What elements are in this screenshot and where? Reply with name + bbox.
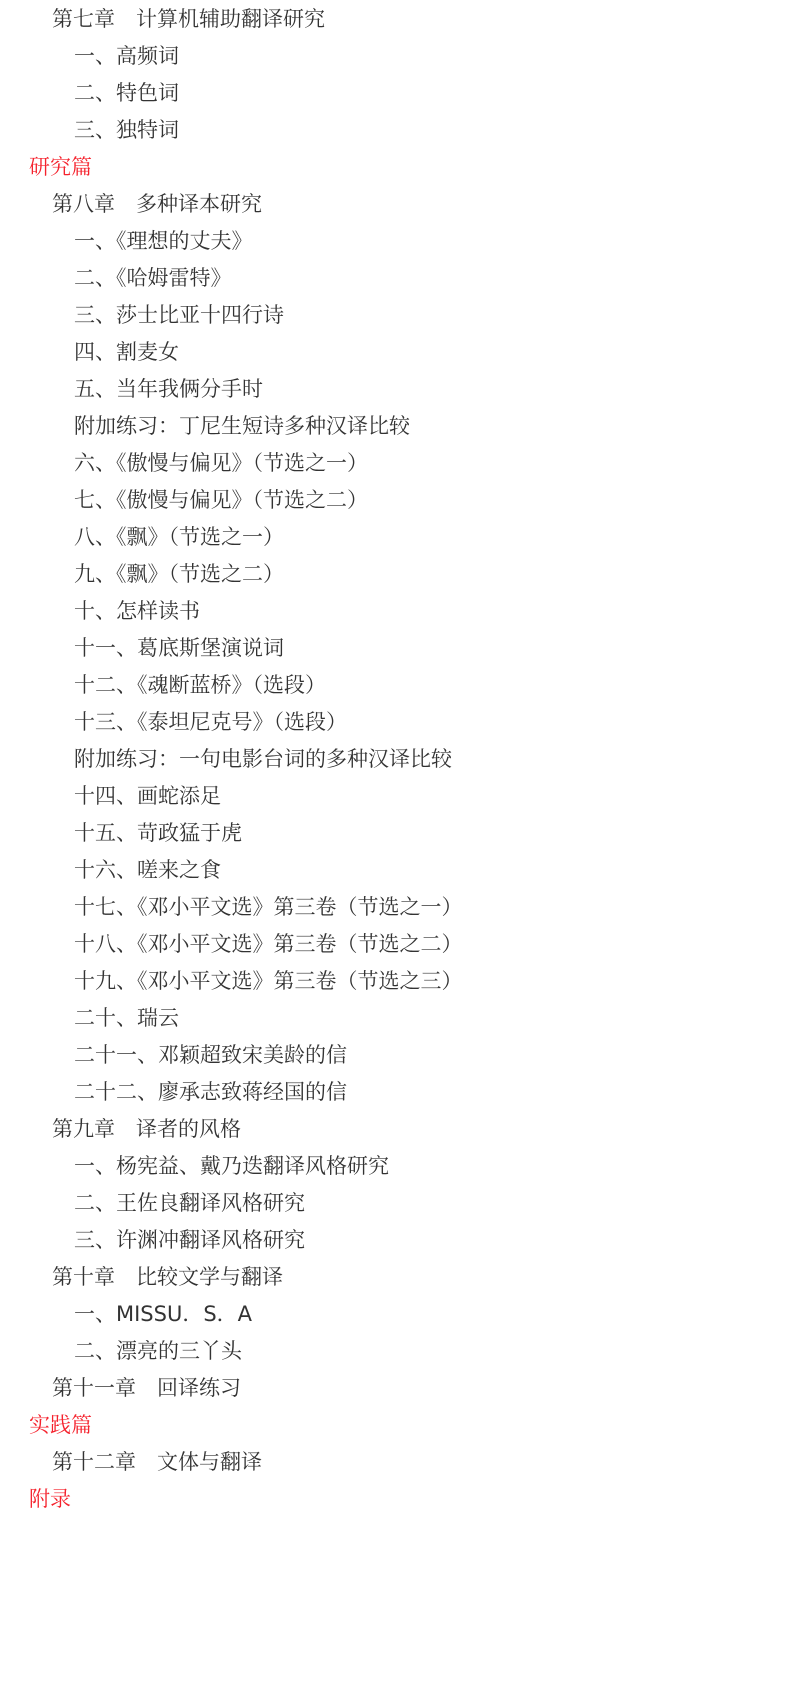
toc-item[interactable]: 一、杨宪益、戴乃迭翻译风格研究: [0, 1148, 790, 1185]
toc-item[interactable]: 十三、《泰坦尼克号》（选段）: [0, 704, 790, 741]
toc-item[interactable]: 附加练习：丁尼生短诗多种汉译比较: [0, 408, 790, 445]
toc-item[interactable]: 十四、画蛇添足: [0, 778, 790, 815]
toc-item[interactable]: 二、《哈姆雷特》: [0, 260, 790, 297]
toc-part-heading[interactable]: 实践篇: [0, 1407, 790, 1444]
toc-item[interactable]: 二、漂亮的三丫头: [0, 1333, 790, 1370]
toc-item[interactable]: 九、《飘》（节选之二）: [0, 556, 790, 593]
toc-item[interactable]: 五、当年我俩分手时: [0, 371, 790, 408]
toc-item[interactable]: 四、割麦女: [0, 334, 790, 371]
toc-chapter[interactable]: 第十章 比较文学与翻译: [0, 1259, 790, 1296]
toc-part-heading[interactable]: 研究篇: [0, 149, 790, 186]
toc-chapter[interactable]: 第十一章 回译练习: [0, 1370, 790, 1407]
toc-item[interactable]: 十八、《邓小平文选》第三卷（节选之二）: [0, 926, 790, 963]
toc-item[interactable]: 二十一、邓颖超致宋美龄的信: [0, 1037, 790, 1074]
toc-item[interactable]: 十九、《邓小平文选》第三卷（节选之三）: [0, 963, 790, 1000]
toc-chapter[interactable]: 第九章 译者的风格: [0, 1111, 790, 1148]
toc-chapter[interactable]: 第七章 计算机辅助翻译研究: [0, 1, 790, 38]
toc-item[interactable]: 二、特色词: [0, 75, 790, 112]
toc-item[interactable]: 十七、《邓小平文选》第三卷（节选之一）: [0, 889, 790, 926]
table-of-contents: 第七章 计算机辅助翻译研究 一、高频词 二、特色词 三、独特词 研究篇 第八章 …: [0, 0, 790, 1518]
toc-item[interactable]: 十二、《魂断蓝桥》（选段）: [0, 667, 790, 704]
toc-item[interactable]: 二、王佐良翻译风格研究: [0, 1185, 790, 1222]
toc-item[interactable]: 十、怎样读书: [0, 593, 790, 630]
toc-item[interactable]: 一、MISSU．S．A: [0, 1296, 790, 1333]
toc-part-heading[interactable]: 附录: [0, 1481, 790, 1518]
toc-item[interactable]: 十一、葛底斯堡演说词: [0, 630, 790, 667]
toc-item[interactable]: 三、独特词: [0, 112, 790, 149]
toc-chapter[interactable]: 第十二章 文体与翻译: [0, 1444, 790, 1481]
toc-item[interactable]: 十五、苛政猛于虎: [0, 815, 790, 852]
toc-item[interactable]: 一、《理想的丈夫》: [0, 223, 790, 260]
toc-item[interactable]: 十六、嗟来之食: [0, 852, 790, 889]
toc-item[interactable]: 二十、瑞云: [0, 1000, 790, 1037]
toc-chapter[interactable]: 第八章 多种译本研究: [0, 186, 790, 223]
toc-item[interactable]: 六、《傲慢与偏见》（节选之一）: [0, 445, 790, 482]
toc-item[interactable]: 三、莎士比亚十四行诗: [0, 297, 790, 334]
toc-item[interactable]: 附加练习：一句电影台词的多种汉译比较: [0, 741, 790, 778]
toc-item[interactable]: 二十二、廖承志致蒋经国的信: [0, 1074, 790, 1111]
toc-item[interactable]: 三、许渊冲翻译风格研究: [0, 1222, 790, 1259]
toc-item[interactable]: 八、《飘》（节选之一）: [0, 519, 790, 556]
toc-item[interactable]: 一、高频词: [0, 38, 790, 75]
toc-item[interactable]: 七、《傲慢与偏见》（节选之二）: [0, 482, 790, 519]
